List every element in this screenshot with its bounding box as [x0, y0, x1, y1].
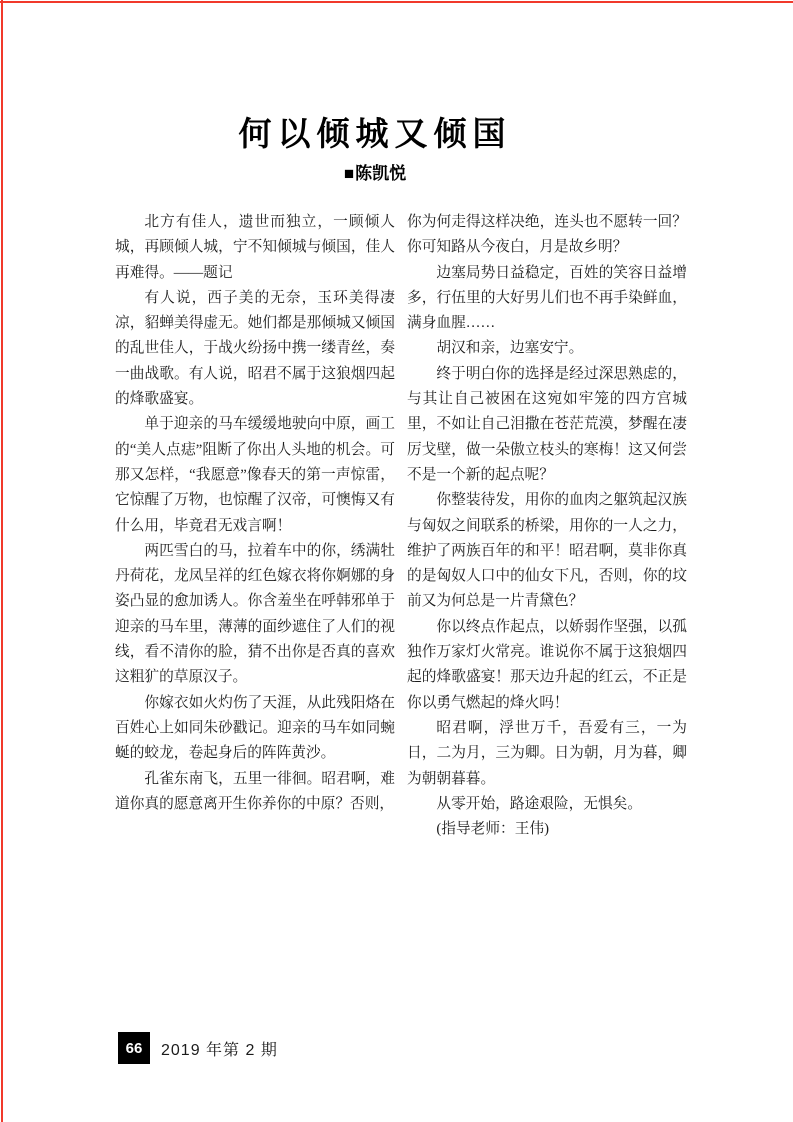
- paragraph: 昭君啊，浮世万千，吾爱有三，一为日，二为月，三为卿。日为朝，月为暮，卿为朝朝暮暮…: [407, 716, 687, 792]
- paragraph: (指导老师：王伟): [407, 817, 687, 842]
- paragraph: 从零开始，路途艰险，无惧矣。: [407, 792, 687, 817]
- paragraph: 胡汉和亲，边塞安宁。: [407, 336, 687, 361]
- page-footer: 66 2019 年第 2 期: [118, 1032, 278, 1064]
- paragraph: 孔雀东南飞，五里一徘徊。昭君啊，难道你真的愿意离开生你养你的中原？否则，: [115, 767, 395, 818]
- magazine-page: 何以倾城又倾国 ■陈凯悦 北方有佳人，遗世而独立，一顾倾人城，再顾倾人城，宁不知…: [0, 0, 793, 1122]
- paragraph: 两匹雪白的马，拉着车中的你，绣满牡丹荷花，龙凤呈祥的红色嫁衣将你婀娜的身姿凸显的…: [115, 539, 395, 691]
- page-number-badge: 66: [118, 1032, 150, 1064]
- paragraph: 终于明白你的选择是经过深思熟虑的，与其让自己被困在这宛如牢笼的四方宫城里，不如让…: [407, 362, 687, 488]
- paragraph: 你嫁衣如火灼伤了天涯，从此残阳烙在百姓心上如同朱砂戳记。迎亲的马车如同蜿蜒的蛟龙…: [115, 691, 395, 767]
- author-byline: ■陈凯悦: [115, 162, 635, 186]
- page-border-top-line: [0, 1, 793, 3]
- author-name: 陈凯悦: [355, 164, 406, 183]
- paragraph: 你以终点作起点，以娇弱作坚强，以孤独作万家灯火常亮。谁说你不属于这狼烟四起的烽歌…: [407, 615, 687, 716]
- article-title: 何以倾城又倾国: [115, 114, 635, 156]
- issue-label: 2019 年第 2 期: [161, 1037, 278, 1060]
- article-body: 北方有佳人，遗世而独立，一顾倾人城，再顾倾人城，宁不知倾城与倾国，佳人再难得。—…: [115, 210, 687, 842]
- paragraph: 北方有佳人，遗世而独立，一顾倾人城，再顾倾人城，宁不知倾城与倾国，佳人再难得。—…: [115, 210, 395, 286]
- author-square-marker-icon: ■: [344, 164, 354, 183]
- column-left: 北方有佳人，遗世而独立，一顾倾人城，再顾倾人城，宁不知倾城与倾国，佳人再难得。—…: [115, 210, 395, 842]
- column-right: 你为何走得这样决绝，连头也不愿转一回？你可知路从今夜白，月是故乡明？边塞局势日益…: [407, 210, 687, 842]
- page-border-left-line: [1, 0, 3, 1122]
- paragraph: 你为何走得这样决绝，连头也不愿转一回？你可知路从今夜白，月是故乡明？: [407, 210, 687, 261]
- paragraph: 你整装待发，用你的血肉之躯筑起汉族与匈奴之间联系的桥梁，用你的一人之力，维护了两…: [407, 488, 687, 614]
- paragraph: 单于迎亲的马车缓缓地驶向中原，画工的“美人点痣”阻断了你出人头地的机会。可那又怎…: [115, 412, 395, 538]
- paragraph: 有人说，西子美的无奈，玉环美得凄凉，貂蝉美得虚无。她们都是那倾城又倾国的乱世佳人…: [115, 286, 395, 412]
- paragraph: 边塞局势日益稳定，百姓的笑容日益增多，行伍里的大好男儿们也不再手染鲜血，满身血腥…: [407, 261, 687, 337]
